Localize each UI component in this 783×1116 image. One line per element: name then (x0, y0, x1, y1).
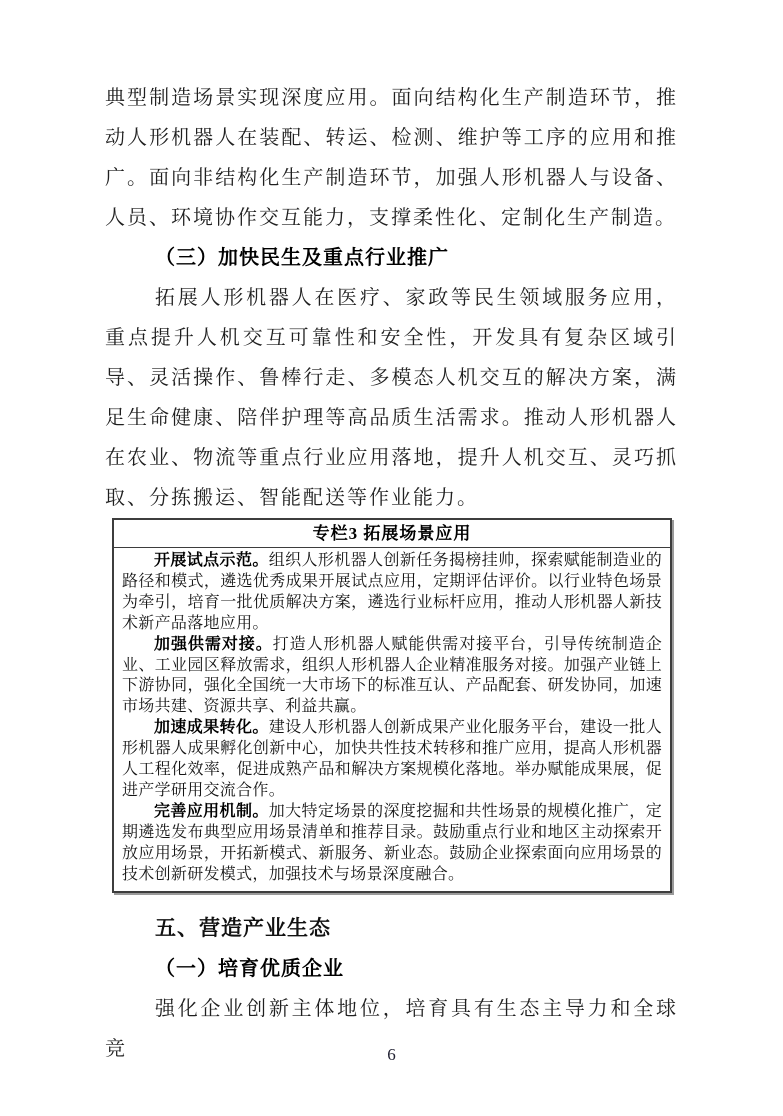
heading-section-3: （三）加快民生及重点行业推广 (105, 238, 678, 278)
box-paragraph-achievement-transfer: 加速成果转化。建设人形机器人创新成果产业化服务平台，建设一批人形机器人成果孵化创… (122, 718, 662, 802)
box-paragraph-lead: 加速成果转化。 (154, 719, 269, 736)
column-3-box-title: 专栏3 拓展场景应用 (114, 520, 670, 548)
box-paragraph-lead: 开展试点示范。 (154, 552, 269, 569)
paragraph-manufacturing-scenarios: 典型制造场景实现深度应用。面向结构化生产制造环节，推动人形机器人在装配、转运、检… (105, 78, 678, 238)
box-paragraph-lead: 完善应用机制。 (154, 803, 269, 820)
document-page: 典型制造场景实现深度应用。面向结构化生产制造环节，推动人形机器人在装配、转运、检… (0, 0, 783, 1116)
box-paragraph-application-mechanism: 完善应用机制。加大特定场景的深度挖掘和共性场景的规模化推广，定期遴选发布典型应用… (122, 802, 662, 886)
box-paragraph-pilot-demonstration: 开展试点示范。组织人形机器人创新任务揭榜挂帅，探索赋能制造业的路径和模式，遴选优… (122, 551, 662, 635)
heading-section-1: （一）培育优质企业 (105, 949, 678, 989)
paragraph-livelihood-industries: 拓展人形机器人在医疗、家政等民生领域服务应用，重点提升人机交互可靠性和安全性，开… (105, 278, 678, 518)
page-content: 典型制造场景实现深度应用。面向结构化生产制造环节，推动人形机器人在装配、转运、检… (105, 0, 678, 1069)
page-number: 6 (0, 1045, 783, 1065)
column-3-box: 专栏3 拓展场景应用 开展试点示范。组织人形机器人创新任务揭榜挂帅，探索赋能制造… (112, 518, 672, 893)
heading-chapter-5: 五、营造产业生态 (105, 909, 678, 949)
box-paragraph-supply-demand: 加强供需对接。打造人形机器人赋能供需对接平台，引导传统制造企业、工业园区释放需求… (122, 635, 662, 719)
column-3-box-body: 开展试点示范。组织人形机器人创新任务揭榜挂帅，探索赋能制造业的路径和模式，遴选优… (114, 548, 670, 891)
box-paragraph-lead: 加强供需对接。 (154, 636, 273, 653)
